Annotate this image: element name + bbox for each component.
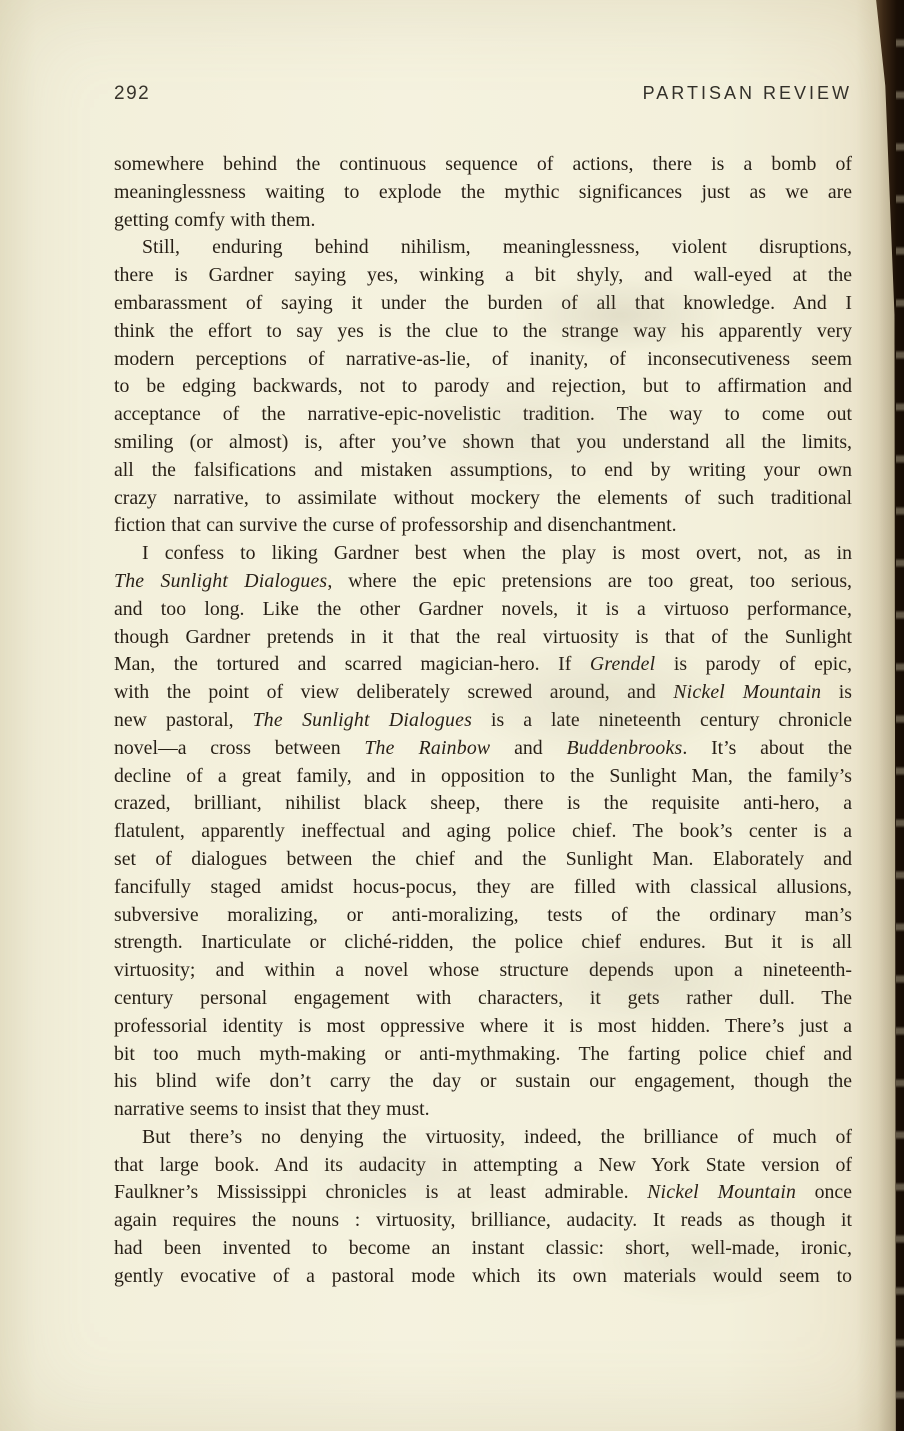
text-line: strength. Inarticulate or cliché-ridden,… — [114, 929, 852, 957]
gutter-shadow — [856, 0, 904, 1431]
text-line: novel—a cross between The Rainbow and Bu… — [114, 735, 852, 763]
text-line: meaninglessness waiting to explode the m… — [114, 179, 852, 207]
text-line: crazy narrative, to assimilate without m… — [114, 485, 852, 513]
text-line: Faulkner’s Mississippi chronicles is at … — [114, 1179, 852, 1207]
text-line: fiction that can survive the curse of pr… — [114, 512, 852, 540]
text-line: subversive moralizing, or anti-moralizin… — [114, 902, 852, 930]
text-line: flatulent, apparently ineffectual and ag… — [114, 818, 852, 846]
text-line: fancifully staged amidst hocus-pocus, th… — [114, 874, 852, 902]
scanned-page: 292 PARTISAN REVIEW somewhere behind the… — [0, 0, 904, 1431]
text-line: gently evocative of a pastoral mode whic… — [114, 1263, 852, 1291]
text-line: all the falsifications and mistaken assu… — [114, 457, 852, 485]
text-line: had been invented to become an instant c… — [114, 1235, 852, 1263]
text-line: decline of a great family, and in opposi… — [114, 763, 852, 791]
text-line: crazed, brilliant, nihilist black sheep,… — [114, 790, 852, 818]
text-line: there is Gardner saying yes, winking a b… — [114, 262, 852, 290]
text-line: century personal engagement with charact… — [114, 985, 852, 1013]
text-line: think the effort to say yes is the clue … — [114, 318, 852, 346]
running-head: 292 PARTISAN REVIEW — [114, 83, 852, 105]
text-line: acceptance of the narrative-epic-novelis… — [114, 401, 852, 429]
text-line: Still, enduring behind nihilism, meaning… — [114, 234, 852, 262]
text-line: getting comfy with them. — [114, 207, 852, 235]
text-line: virtuosity; and within a novel whose str… — [114, 957, 852, 985]
book-gutter-edge — [870, 0, 904, 1431]
text-line: new pastoral, The Sunlight Dialogues is … — [114, 707, 852, 735]
text-line: somewhere behind the continuous sequence… — [114, 151, 852, 179]
text-line: Man, the tortured and scarred magician-h… — [114, 651, 852, 679]
page-edge-glints — [896, 0, 904, 1431]
text-line: smiling (or almost) is, after you’ve sho… — [114, 429, 852, 457]
page-number: 292 — [114, 83, 150, 105]
text-line: with the point of view deliberately scre… — [114, 679, 852, 707]
text-line: again requires the nouns : virtuosity, b… — [114, 1207, 852, 1235]
text-line: bit too much myth-making or anti-mythmak… — [114, 1041, 852, 1069]
text-line: professorial identity is most oppressive… — [114, 1013, 852, 1041]
text-line: The Sunlight Dialogues, where the epic p… — [114, 568, 852, 596]
text-line: embarassment of saying it under the burd… — [114, 290, 852, 318]
text-line: But there’s no denying the virtuosity, i… — [114, 1124, 852, 1152]
text-line: to be edging backwards, not to parody an… — [114, 373, 852, 401]
text-line: and too long. Like the other Gardner nov… — [114, 596, 852, 624]
article-body: somewhere behind the continuous sequence… — [114, 151, 852, 1291]
text-line: modern perceptions of narrative-as-lie, … — [114, 346, 852, 374]
text-line: I confess to liking Gardner best when th… — [114, 540, 852, 568]
text-line: that large book. And its audacity in att… — [114, 1152, 852, 1180]
text-line: though Gardner pretends in it that the r… — [114, 624, 852, 652]
text-line: narrative seems to insist that they must… — [114, 1096, 852, 1124]
journal-title: PARTISAN REVIEW — [643, 83, 852, 104]
text-line: set of dialogues between the chief and t… — [114, 846, 852, 874]
text-line: his blind wife don’t carry the day or su… — [114, 1068, 852, 1096]
